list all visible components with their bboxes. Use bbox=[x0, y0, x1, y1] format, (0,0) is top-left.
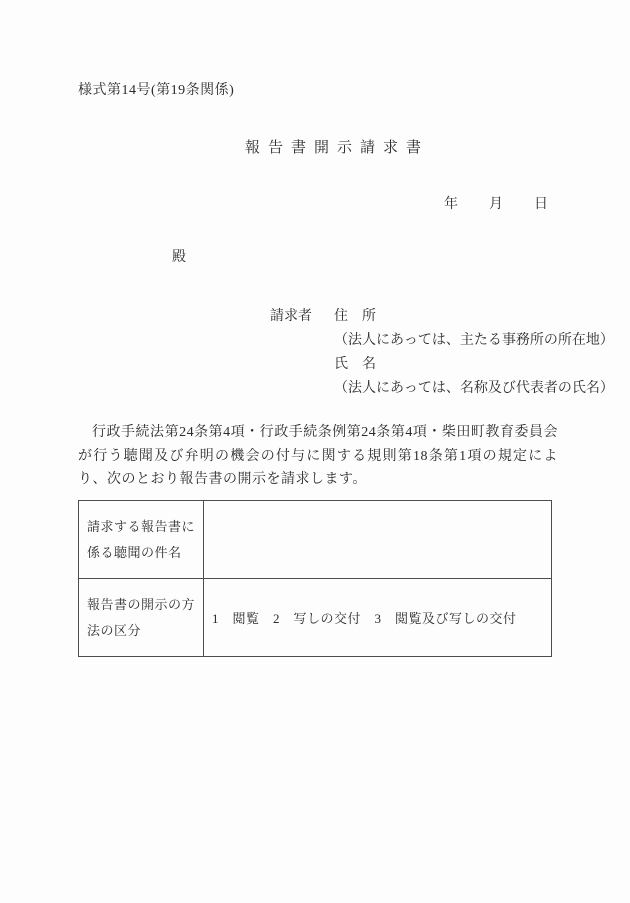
requester-name-label: 氏 名 bbox=[334, 353, 614, 377]
requester-address-label: 住 所 bbox=[334, 305, 614, 329]
table-row-value-disclosure-method: 1 閲覧 2 写しの交付 3 閲覧及び写しの交付 bbox=[204, 579, 552, 657]
document-page: 様式第14号(第19条関係) 報告書開示請求書 年 月 日 殿 請求者 住 所 … bbox=[0, 0, 630, 903]
body-paragraph: 行政手続法第24条第4項・行政手続条例第24条第4項・柴田町教育委員会が行う聴聞… bbox=[78, 421, 558, 492]
requester-block: 請求者 住 所 （法人にあっては、主たる事務所の所在地） 氏 名 （法人にあって… bbox=[270, 305, 614, 401]
requester-fields: 住 所 （法人にあっては、主たる事務所の所在地） 氏 名 （法人にあっては、名称… bbox=[334, 305, 614, 401]
table-row: 請求する報告書に係る聴聞の件名 bbox=[79, 501, 552, 579]
addressee-honorific: 殿 bbox=[172, 246, 186, 266]
table-row-value-hearing-subject bbox=[204, 501, 552, 579]
table-row-label-hearing-subject: 請求する報告書に係る聴聞の件名 bbox=[79, 501, 204, 579]
requester-name-note: （法人にあっては、名称及び代表者の氏名） bbox=[334, 377, 614, 401]
form-number: 様式第14号(第19条関係) bbox=[78, 79, 234, 99]
request-table: 請求する報告書に係る聴聞の件名 報告書の開示の方法の区分 1 閲覧 2 写しの交… bbox=[78, 500, 552, 657]
table-row: 報告書の開示の方法の区分 1 閲覧 2 写しの交付 3 閲覧及び写しの交付 bbox=[79, 579, 552, 657]
table-row-label-disclosure-method: 報告書の開示の方法の区分 bbox=[79, 579, 204, 657]
date-line: 年 月 日 bbox=[444, 193, 549, 213]
requester-label: 請求者 bbox=[270, 305, 312, 329]
requester-address-note: （法人にあっては、主たる事務所の所在地） bbox=[334, 329, 614, 353]
document-title: 報告書開示請求書 bbox=[245, 136, 429, 157]
